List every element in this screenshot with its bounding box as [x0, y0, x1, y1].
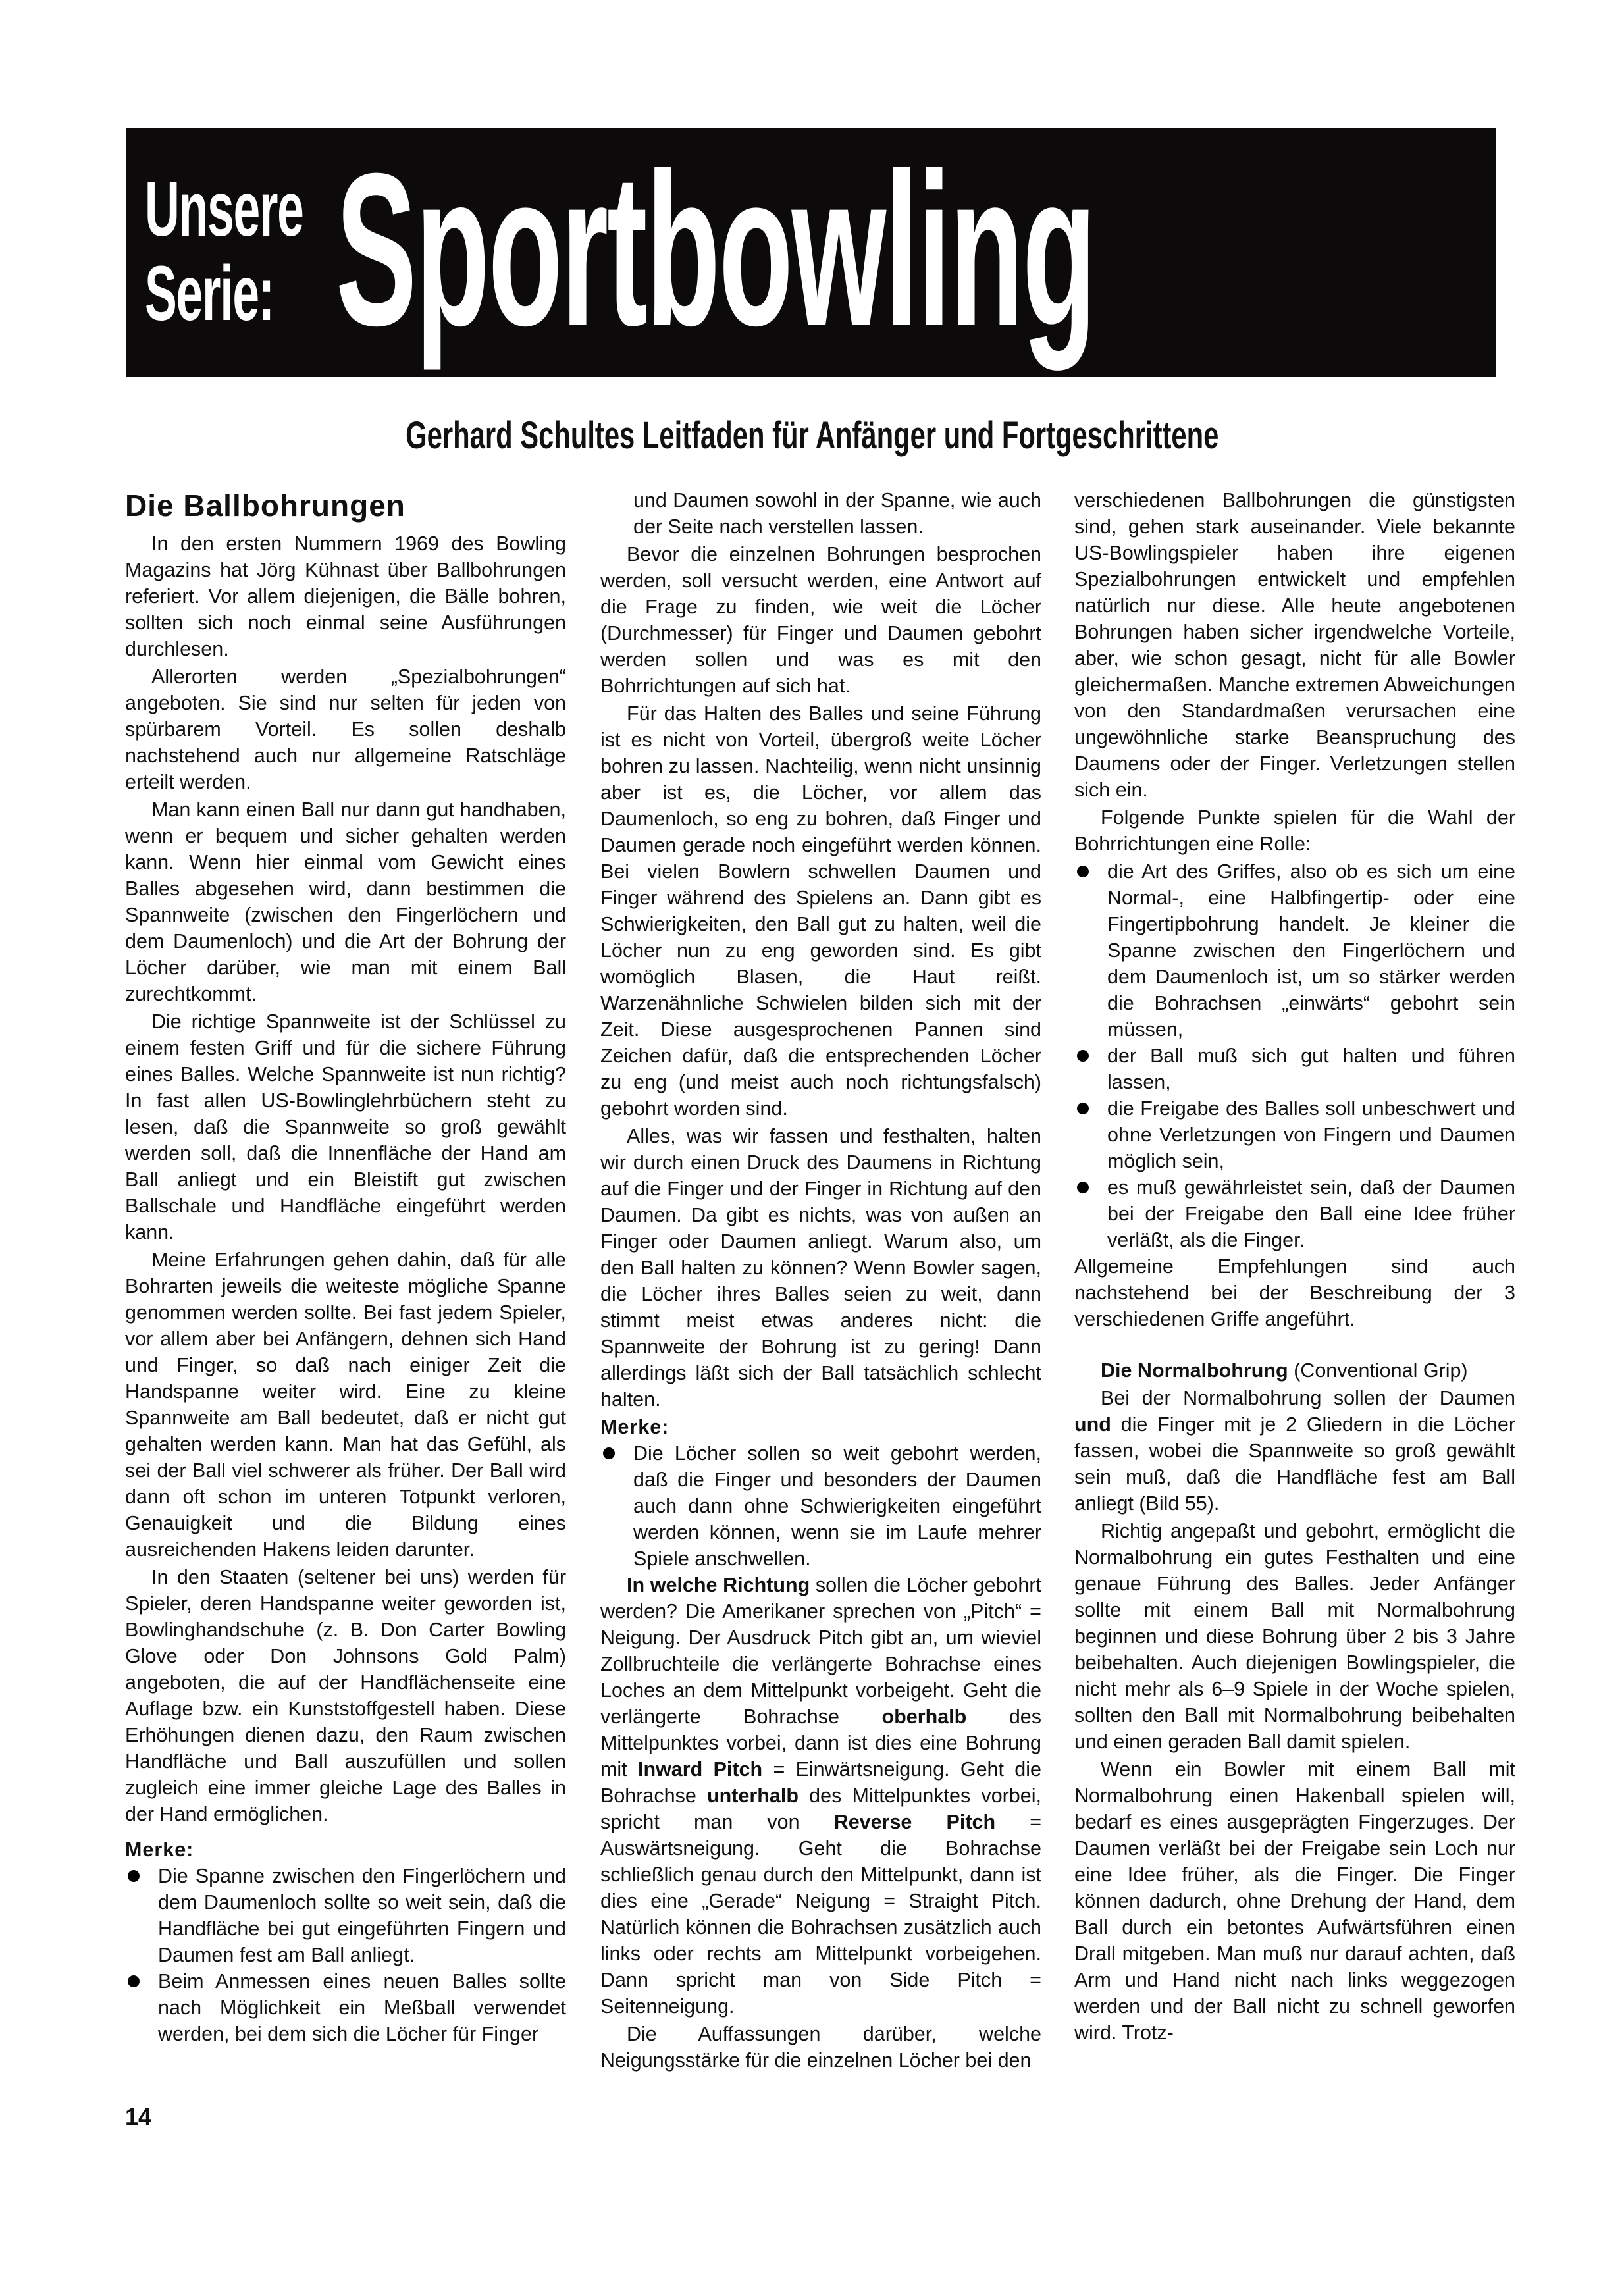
merke-list: Die Löcher sollen so weit gebohrt werden… — [600, 1440, 1041, 1572]
paragraph: Bevor die einzelnen Bohrungen besprochen… — [600, 541, 1041, 699]
paragraph: Allerorten werden „Spezialbohrungen“ ang… — [125, 664, 566, 795]
article-column-3: verschiedenen Ballbohrungen die günstigs… — [1074, 487, 1515, 2047]
merke-label: Merke: — [125, 1837, 566, 1863]
article-column-2: und Daumen sowohl in der Spanne, wie auc… — [600, 487, 1041, 2075]
bold-term: Inward Pitch — [638, 1758, 762, 1781]
paragraph: verschiedenen Ballbohrungen die günstigs… — [1074, 487, 1515, 803]
title-banner: Unsere Serie: Sportbowling — [126, 128, 1496, 377]
paragraph: Wenn ein Bowler mit einem Ball mit Norma… — [1074, 1756, 1515, 2046]
paragraph: Alles, was wir fassen und festhalten, ha… — [600, 1123, 1041, 1413]
paragraph: Meine Erfahrungen gehen dahin, daß für a… — [125, 1247, 566, 1563]
series-label: Unsere Serie: — [145, 167, 303, 336]
list-item: Die Spanne zwischen den Fingerlöchern un… — [125, 1863, 566, 1968]
paragraph: Für das Halten des Balles und seine Führ… — [600, 700, 1041, 1122]
paragraph-pitch: In welche Richtung sollen die Löcher geb… — [600, 1572, 1041, 2020]
text-run: = Auswärtsneigung. Geht die Bohrachse sc… — [600, 1811, 1041, 2018]
page-number: 14 — [125, 2103, 151, 2131]
paragraph: Folgende Punkte spielen für die Wahl der… — [1074, 804, 1515, 857]
paragraph: Die richtige Spannweite ist der Schlüsse… — [125, 1008, 566, 1245]
bold-term: und — [1074, 1413, 1111, 1436]
section-heading: Die Ballbohrungen — [125, 487, 566, 524]
text-run: sollen die Löcher gebohrt werden? Die Am… — [600, 1574, 1041, 1728]
bold-term: In welche Richtung — [627, 1574, 810, 1596]
bullet-continuation: und Daumen sowohl in der Spanne, wie auc… — [600, 487, 1041, 540]
article-column-1: Die Ballbohrungen In den ersten Nummern … — [125, 487, 566, 2047]
list-item: Die Löcher sollen so weit gebohrt werden… — [600, 1440, 1041, 1572]
spacer — [1074, 1334, 1515, 1357]
series-label-line2: Serie: — [145, 251, 303, 336]
paragraph: Richtig angepaßt und gebohrt, ermöglicht… — [1074, 1518, 1515, 1755]
subtitle-text: Gerhard Schultes Leitfaden für Anfänger … — [406, 413, 1218, 457]
bold-term: Die Normalbohrung — [1101, 1359, 1288, 1382]
paragraph: Man kann einen Ball nur dann gut handhab… — [125, 796, 566, 1007]
text-run: die Finger mit je 2 Gliedern in die Löch… — [1074, 1413, 1515, 1515]
list-item: der Ball muß sich gut halten und führen … — [1074, 1043, 1515, 1095]
paragraph: Bei der Normalbohrung sollen der Daumen … — [1074, 1385, 1515, 1517]
merke-list: Die Spanne zwischen den Fingerlöchern un… — [125, 1863, 566, 2047]
bold-term: Reverse Pitch — [834, 1811, 995, 1833]
paragraph: In den Staaten (seltener bei uns) werden… — [125, 1564, 566, 1827]
bold-term: oberhalb — [881, 1706, 966, 1728]
paragraph: Allgemeine Empfehlungen sind auch nachst… — [1074, 1253, 1515, 1332]
list-item: Beim Anmessen eines neuen Balles sollte … — [125, 1968, 566, 2047]
list-item: es muß gewährleistet sein, daß der Daume… — [1074, 1174, 1515, 1253]
list-item: die Art des Griffes, also ob es sich um … — [1074, 858, 1515, 1043]
paragraph: Die Auffassungen darüber, welche Neigung… — [600, 2021, 1041, 2073]
bold-term: unterhalb — [707, 1785, 799, 1807]
text-run: (Conventional Grip) — [1288, 1359, 1468, 1382]
list-item: die Freigabe des Balles soll unbeschwert… — [1074, 1095, 1515, 1174]
paragraph: In den ersten Nummern 1969 des Bowling M… — [125, 531, 566, 662]
points-list: die Art des Griffes, also ob es sich um … — [1074, 858, 1515, 1253]
page-title: Sportbowling — [336, 134, 1095, 365]
text-run: Bei der Normalbohrung sollen der Daumen — [1101, 1387, 1515, 1409]
article-subtitle: Gerhard Schultes Leitfaden für Anfänger … — [0, 413, 1624, 457]
subsection-heading: Die Normalbohrung (Conventional Grip) — [1074, 1357, 1515, 1384]
merke-label: Merke: — [600, 1414, 1041, 1440]
series-label-line1: Unsere — [145, 167, 303, 251]
